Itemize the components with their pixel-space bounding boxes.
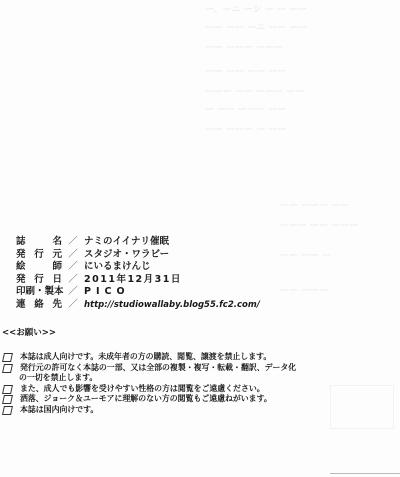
note-text: 発行元の許可なく本誌の一部、又は全部の複製・複写・転載・翻訳、データ化 [20, 363, 296, 374]
bleed-through-text: ー ーー ーーー ーー [205, 104, 286, 117]
requests-heading: <<お願い>> [2, 326, 56, 338]
bleed-through-text: ーー ーーー ー ーー [205, 124, 286, 137]
checkbox-icon [2, 385, 13, 394]
bleed-through-text: ー、ーニ ーシ ー ー ーー [205, 4, 307, 17]
separator: ／ [62, 249, 84, 262]
contact-url: http://studiowallaby.blog55.fc2.com/ [84, 299, 260, 312]
list-item: また、成人でも影響を受けやすい性格の方は閲覧をご遠慮ください。 [2, 384, 296, 395]
bleed-through-text: ーー ーー ーー ーー [205, 66, 286, 79]
requests-list: 本誌は成人向けです。未成年者の方の購読、閲覧、譲渡を禁止します。 発行元の許可な… [2, 352, 296, 416]
colophon-label: 印刷・製本 [16, 286, 62, 299]
checkbox-icon [2, 364, 13, 373]
colophon-row-contact: 連絡先 ／ http://studiowallaby.blog55.fc2.co… [16, 299, 260, 312]
colophon-label: 発行日 [16, 274, 62, 287]
bleed-through-box [330, 385, 394, 429]
checkbox-icon [2, 395, 13, 404]
note-text: 本誌は国内向けです。 [20, 405, 98, 416]
checkbox-icon [2, 353, 13, 362]
note-text: 本誌は成人向けです。未成年者の方の購読、閲覧、譲渡を禁止します。 [20, 352, 271, 363]
note-text: 洒落、ジョーク＆ユーモアに理解のない方の閲覧もご遠慮ねがいます。 [20, 394, 272, 405]
colophon-value: にいるまけんじ [84, 261, 151, 274]
colophon-row-title: 誌名 ／ ナミのイイナリ催眠 [16, 236, 260, 249]
list-item-continuation: の一切を禁止します。 [2, 373, 296, 384]
colophon-value: ナミのイイナリ催眠 [84, 236, 169, 249]
separator: ／ [62, 299, 84, 312]
checkbox-icon [2, 406, 13, 415]
separator: ／ [62, 236, 84, 249]
colophon: 誌名 ／ ナミのイイナリ催眠 発行元 ／ スタジオ・ワラビー 絵師 ／ にいるま… [16, 236, 260, 312]
colophon-row-printer: 印刷・製本 ／ PICO [16, 286, 260, 299]
list-item: 発行元の許可なく本誌の一部、又は全部の複製・複写・転載・翻訳、データ化 [2, 363, 296, 374]
bleed-through-text: ーーー ーー ーーー [280, 220, 358, 233]
colophon-label: 連絡先 [16, 299, 62, 312]
separator: ／ [62, 286, 84, 299]
colophon-label: 発行元 [16, 249, 62, 262]
bleed-through-text: ーー ーーー ーー [280, 200, 349, 213]
bleed-through-text: ーー ーーー ーーー [205, 42, 283, 55]
colophon-label: 誌名 [16, 236, 62, 249]
colophon-row-publisher: 発行元 ／ スタジオ・ワラビー [16, 249, 260, 262]
colophon-value: PICO [84, 286, 130, 299]
page-edge-line [330, 473, 400, 474]
colophon-value: スタジオ・ワラビー [84, 249, 169, 262]
colophon-label: 絵師 [16, 261, 62, 274]
bleed-through-text: ーーー ーー ーーー ーー [205, 86, 304, 99]
list-item: 洒落、ジョーク＆ユーモアに理解のない方の閲覧もご遠慮ねがいます。 [2, 394, 296, 405]
list-item: 本誌は成人向けです。未成年者の方の購読、閲覧、譲渡を禁止します。 [2, 352, 296, 363]
note-text: の一切を禁止します。 [19, 373, 97, 384]
colophon-row-artist: 絵師 ／ にいるまけんじ [16, 261, 260, 274]
separator: ／ [62, 261, 84, 274]
bleed-through-text: ーー ーー ー [280, 250, 331, 263]
colophon-row-date: 発行日 ／ 2011年12月31日 [16, 274, 260, 287]
note-text: また、成人でも影響を受けやすい性格の方は閲覧をご遠慮ください。 [20, 384, 265, 395]
list-item: 本誌は国内向けです。 [2, 405, 296, 416]
bleed-through-text: ーー ーーー [280, 285, 328, 298]
separator: ／ [62, 274, 84, 287]
bleed-through-text: ーー ーー ーニ ーー ーー [205, 22, 308, 35]
colophon-value: 2011年12月31日 [84, 274, 182, 287]
